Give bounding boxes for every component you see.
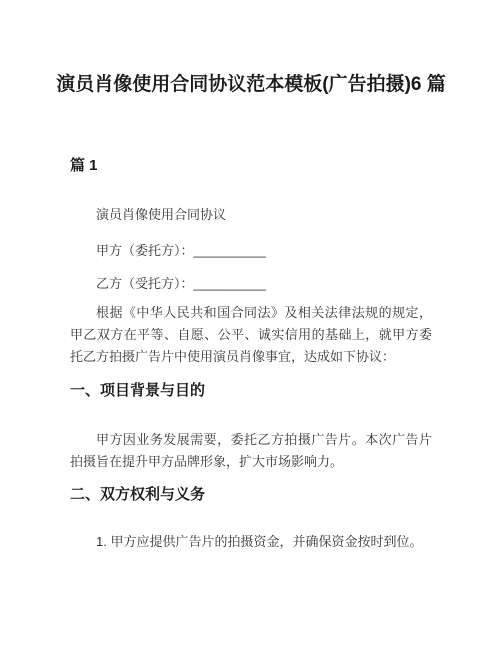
part-1-heading: 篇 1 [70,156,432,176]
preamble-paragraph: 根据《中华人民共和国合同法》及相关法律法规的规定，甲乙双方在平等、自愿、公平、诚… [70,302,432,368]
document-title: 演员肖像使用合同协议范本模板(广告拍摄)6 篇 [25,0,477,98]
section-1-paragraph: 甲方因业务发展需要，委托乙方拍摄广告片。本次广告片拍摄旨在提升甲方品牌形象，扩大… [70,429,432,473]
section-2-item-1: 1. 甲方应提供广告片的拍摄资金，并确保资金按时到位。 [70,531,432,553]
document-page: 演员肖像使用合同协议范本模板(广告拍摄)6 篇 篇 1 演员肖像使用合同协议 甲… [0,0,502,649]
party-a-blank-line: 甲方（委托方）：__________ [70,240,432,262]
contract-subtitle: 演员肖像使用合同协议 [70,204,432,226]
section-2-heading: 二、双方权利与义务 [70,485,432,505]
party-b-blank-line: 乙方（受托方）：__________ [70,273,432,295]
section-1-heading: 一、项目背景与目的 [70,381,432,401]
